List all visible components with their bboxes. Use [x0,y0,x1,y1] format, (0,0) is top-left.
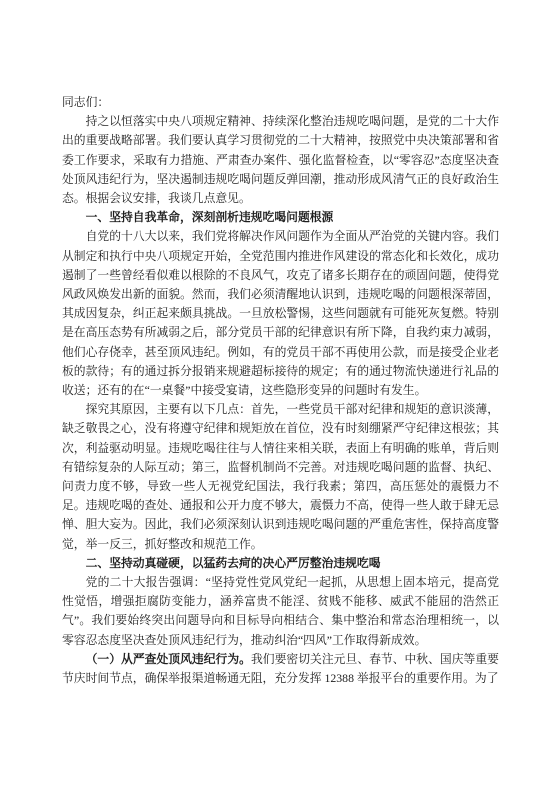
document-page: 同志们： 持之以恒落实中央八项规定精神、持续深化整治违规吃喝问题，是党的二十大作… [0,0,560,792]
section-heading: 一、坚持自我革命，深刻剖析违规吃喝问题根源 [62,208,499,227]
section-heading: 二、坚持动真碰硬，以猛药去疴的决心严厉整治违规吃喝 [62,554,499,573]
body-paragraph: （一）从严查处顶风违纪行为。我们要密切关注元旦、春节、中秋、国庆等重要节庆时间节… [62,650,499,688]
document-body: 持之以恒落实中央八项规定精神、持续深化整治违规吃喝问题，是党的二十大作出的重要战… [62,112,499,688]
document-content: 同志们： 持之以恒落实中央八项规定精神、持续深化整治违规吃喝问题，是党的二十大作… [62,93,499,688]
body-paragraph: 探究其原因，主要有以下几点：首先，一些党员干部对纪律和规矩的意识淡薄，缺乏敬畏之… [62,400,499,554]
paragraph-lead-bold: （一）从严查处顶风违纪行为。 [86,652,251,666]
body-paragraph: 持之以恒落实中央八项规定精神、持续深化整治违规吃喝问题，是党的二十大作出的重要战… [62,112,499,208]
salutation: 同志们： [62,93,499,112]
body-paragraph: 党的二十大报告强调：“坚持党性党风党纪一起抓，从思想上固本培元，提高党性觉悟，增… [62,573,499,650]
body-paragraph: 自党的十八大以来，我们党将解决作风问题作为全面从严治党的关键内容。我们从制定和执… [62,227,499,400]
